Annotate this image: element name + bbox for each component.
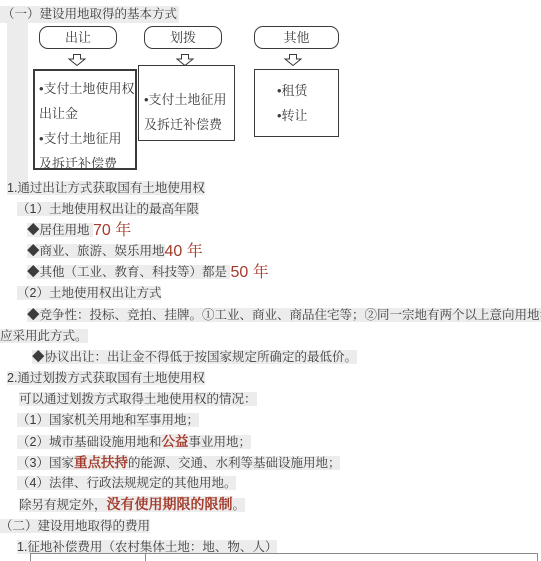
body-line-16: 除另有规定外，没有使用期限的限制。 xyxy=(19,494,541,515)
detail-line: •支付土地使用权 xyxy=(39,76,135,101)
text-segment: 的能源、交通、水利等基础设施用地； xyxy=(128,456,341,470)
text-segment: （1）土地使用权出让的最高年限 xyxy=(17,202,199,216)
detail-line: •支付土地征用 xyxy=(39,126,135,151)
text-segment: 应采用此方式。 xyxy=(0,329,88,343)
table-cell xyxy=(146,553,538,561)
text-segment: 可以通过划拨方式取得土地使用权的情况： xyxy=(19,392,257,406)
down-arrow-icon xyxy=(284,54,302,66)
section-1-title-text: （一）建设用地取得的基本方式 xyxy=(0,6,179,23)
body-line-8: 应采用此方式。 xyxy=(0,326,541,347)
detail-line: 及拆迁补偿费 xyxy=(144,112,234,137)
flow-node-churang: 出让 xyxy=(39,26,117,49)
flow-node-qita: 其他 xyxy=(254,26,339,49)
section-1-title: （一）建设用地取得的基本方式 xyxy=(0,6,179,23)
text-segment: 。 xyxy=(233,498,246,512)
table-cell xyxy=(30,553,146,561)
flow-node-huabo: 划拨 xyxy=(144,26,222,49)
highlight-strip xyxy=(7,21,28,181)
text-segment: ◆商业、旅游、娱乐用地 xyxy=(27,244,165,258)
text-segment: 除另有规定外， xyxy=(19,498,107,512)
year-70: 70 年 xyxy=(93,222,131,239)
body-line-11: 可以通过划拨方式取得土地使用权的情况： xyxy=(19,389,541,410)
text-segment: ◆竞争性：投标、竞拍、挂牌。①工业、商业、商品住宅等；②同一宗地有两个以上意向用… xyxy=(27,308,541,322)
year-40: 40 年 xyxy=(165,243,203,260)
text-segment: 1.征地补偿费用（农村集体土地：地、物、人） xyxy=(17,540,277,554)
year-50: 50 年 xyxy=(230,264,268,281)
text-segment: ◆协议出让：出让金不得低于按国家规定所确定的最低价。 xyxy=(32,350,357,364)
text-segment: 1.通过出让方式获取国有土地使用权 xyxy=(7,181,205,195)
text-segment: （3）国家 xyxy=(17,456,74,470)
body-line-4: ◆商业、旅游、娱乐用地40 年 xyxy=(27,241,541,262)
text-segment: （1）国家机关用地和军事用地； xyxy=(17,413,199,427)
section-2-title: （二）建设用地取得的费用 xyxy=(0,516,541,537)
flow-detail-qita: •租赁 •转让 xyxy=(254,69,339,137)
flow-detail-huabo: •支付土地征用 及拆迁补偿费 xyxy=(138,65,235,141)
text-segment: ◆居住用地 xyxy=(27,223,93,237)
body-line-7: ◆竞争性：投标、竞拍、挂牌。①工业、商业、商品住宅等；②同一宗地有两个以上意向用… xyxy=(27,305,541,326)
body-line-13: （2）城市基础设施用地和公益事业用地； xyxy=(17,431,541,452)
body-line-9: ◆协议出让：出让金不得低于按国家规定所确定的最低价。 xyxy=(32,347,541,368)
detail-line: •租赁 xyxy=(277,78,338,103)
text-segment: 事业用地； xyxy=(188,435,251,449)
body-line-10: 2.通过划拨方式获取国有土地使用权 xyxy=(7,368,541,389)
text-segment: （4）法律、行政法规规定的其他用地。 xyxy=(17,476,236,490)
flow-detail-churang: •支付土地使用权 出让金 •支付土地征用 及拆迁补偿费 xyxy=(33,69,137,170)
body-line-12: （1）国家机关用地和军事用地； xyxy=(17,410,541,431)
body-line-2: （1）土地使用权出让的最高年限 xyxy=(17,199,541,220)
red-term-no-time-limit: 没有使用期限的限制 xyxy=(107,496,233,512)
detail-line: •转让 xyxy=(277,103,338,128)
compensation-table xyxy=(30,553,538,561)
body-line-6: （2）土地使用权出让方式 xyxy=(17,283,541,304)
text-segment: 2.通过划拨方式获取国有土地使用权 xyxy=(7,371,205,385)
body-line-15: （4）法律、行政法规规定的其他用地。 xyxy=(17,473,541,494)
body-line-14: （3）国家重点扶持的能源、交通、水利等基础设施用地； xyxy=(17,452,541,473)
body-line-5: ◆其他（工业、教育、科技等）都是 50 年 xyxy=(27,262,541,283)
page: （一）建设用地取得的基本方式 出让 划拨 其他 •支付土地使用权 出让金 •支付… xyxy=(0,0,541,561)
red-term-gongyi: 公益 xyxy=(161,434,188,449)
body-text: 1.通过出让方式获取国有土地使用权 （1）土地使用权出让的最高年限 ◆居住用地 … xyxy=(0,178,541,558)
down-arrow-icon xyxy=(68,54,86,66)
text-segment: （2）土地使用权出让方式 xyxy=(17,286,161,300)
body-line-3: ◆居住用地 70 年 xyxy=(27,220,541,241)
section-2-title-text: （二）建设用地取得的费用 xyxy=(0,519,150,533)
text-segment: （2）城市基础设施用地和 xyxy=(17,435,161,449)
body-line-1: 1.通过出让方式获取国有土地使用权 xyxy=(7,178,541,199)
detail-line: 出让金 xyxy=(39,101,135,126)
detail-line: 及拆迁补偿费 xyxy=(39,151,135,176)
detail-line: •支付土地征用 xyxy=(144,87,234,112)
red-term-zhongdianfuchi: 重点扶持 xyxy=(74,455,128,470)
text-segment: ◆其他（工业、教育、科技等）都是 xyxy=(27,265,230,279)
